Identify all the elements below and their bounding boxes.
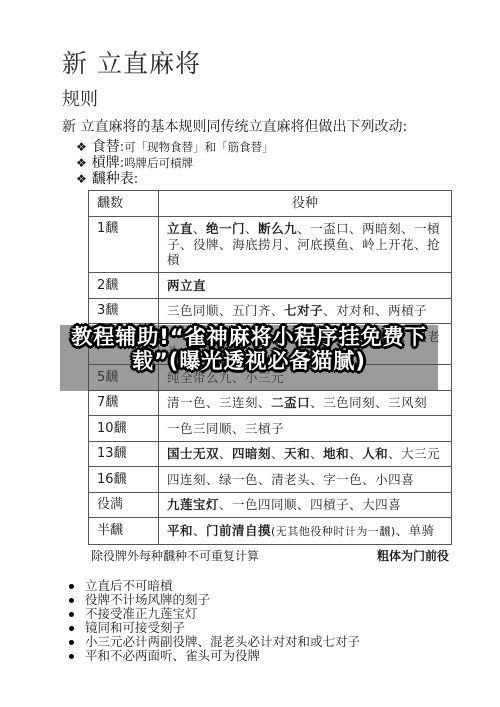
- fan-count-cell: 役满: [89, 492, 159, 518]
- yaku-name: 大四喜: [362, 497, 401, 512]
- page-title: 新 立直麻将: [62, 50, 500, 78]
- bullet-dot-icon: [69, 640, 74, 645]
- yaku-name: 岭上开花: [362, 237, 414, 252]
- changes-list: ❖ 食替 : 可「现物食替」和「筋食替」 ❖ 槓牌 : 鸣牌后可槓牌 ❖ 飜种表…: [76, 140, 500, 187]
- ad-watermark-overlay: 教程辅助!“雀神麻将小程序挂免费下 载”(曝光透视必备猫腻): [60, 325, 438, 391]
- rule-note-text: 镜同和可接受刻子: [85, 620, 185, 635]
- bullet-dot-icon: [69, 626, 74, 631]
- yaku-name: 海底捞月: [232, 237, 284, 252]
- fan-count-header: 飜数: [89, 191, 159, 217]
- yaku-name: 五门齐: [232, 303, 271, 318]
- yaku-name: 平和: [167, 523, 193, 538]
- yaku-name: 三色同刻: [323, 395, 375, 410]
- yaku-name: 国士无双: [167, 446, 219, 461]
- fan-count-cell: 16飜: [89, 467, 159, 493]
- yaku-name: 两槓子: [388, 303, 427, 318]
- yaku-note: (无其他役种时计为一飜): [271, 525, 396, 538]
- yaku-name: 一色三同顺: [167, 421, 232, 436]
- yaku-name: 小四喜: [375, 472, 414, 487]
- fan-table-row: 13飜国士无双、四暗刻、天和、地和、人和、大三元: [89, 441, 452, 467]
- fan-table-row: 役满九莲宝灯、一色四同顺、四槓子、大四喜: [89, 492, 452, 518]
- diamond-bullet-icon: ❖: [76, 140, 87, 155]
- yaku-list-cell: 九莲宝灯、一色四同顺、四槓子、大四喜: [159, 492, 452, 518]
- yaku-list-cell: 平和、门前清自摸(无其他役种时计为一飜)、单骑: [159, 518, 452, 545]
- fan-table-row: 10飜一色三同顺、三槓子: [89, 416, 452, 442]
- yaku-name: 单骑: [409, 523, 435, 538]
- section-heading-rules: 规则: [62, 90, 500, 110]
- fan-count-cell: 1飜: [89, 216, 159, 273]
- change-item-fan-table: ❖ 飜种表 :: [76, 172, 500, 187]
- yaku-name: 地和: [323, 446, 349, 461]
- yaku-name: 立直: [167, 221, 193, 236]
- change-term: 槓牌: [92, 156, 120, 171]
- yaku-list-cell: 两立直: [159, 273, 452, 299]
- fan-count-cell: 3飜: [89, 298, 159, 324]
- bullet-dot-icon: [69, 584, 74, 589]
- yaku-name: 大三元: [401, 446, 440, 461]
- rule-note: 立直后不可暗槓: [68, 579, 500, 593]
- yaku-name: 一色四同顺: [232, 497, 297, 512]
- diamond-bullet-icon: ❖: [76, 172, 87, 187]
- yaku-name: 四暗刻: [232, 446, 271, 461]
- yaku-name: 字一色: [323, 472, 362, 487]
- additional-rules-list: 立直后不可暗槓 役牌不计场风牌的刻子 不接受准正九莲宝灯 镜同和可接受刻子 小三…: [68, 579, 500, 663]
- yaku-list-cell: 立直、绝一门、断么九、一盃口、两暗刻、一槓子、役牌、海底捞月、河底摸鱼、岭上开花…: [159, 216, 452, 273]
- rule-note-text: 立直后不可暗槓: [85, 578, 173, 593]
- rule-note: 役牌不计场风牌的刻子: [68, 593, 500, 607]
- yaku-name: 七对子: [284, 303, 323, 318]
- fan-table-row: 7飜清一色、三连刻、二盃口、三色同刻、三风刻: [89, 390, 452, 416]
- yaku-name: 对对和: [336, 303, 375, 318]
- fan-count-cell: 2飜: [89, 273, 159, 299]
- fan-table-row: 1飜立直、绝一门、断么九、一盃口、两暗刻、一槓子、役牌、海底捞月、河底摸鱼、岭上…: [89, 216, 452, 273]
- fan-count-cell: 10飜: [89, 416, 159, 442]
- yaku-name: 役牌: [193, 237, 219, 252]
- rule-note-text: 平和不必两面听、雀头可为役牌: [85, 648, 260, 663]
- yaku-list-cell: 三色同顺、五门齐、七对子、对对和、两槓子: [159, 298, 452, 324]
- yaku-list-cell: 一色三同顺、三槓子: [159, 416, 452, 442]
- rule-note-text: 小三元必计两副役牌、混老头必计对对和或七对子: [85, 634, 360, 649]
- bullet-dot-icon: [69, 598, 74, 603]
- rule-note: 小三元必计两副役牌、混老头必计对对和或七对子: [68, 635, 500, 649]
- yaku-name: 二盃口: [271, 395, 310, 410]
- fan-table-row: 半飜平和、门前清自摸(无其他役种时计为一飜)、单骑: [89, 518, 452, 545]
- table-footnote: 除役牌外每种飜种不可重复计算 粗体为门前役: [88, 549, 452, 563]
- fan-table-row: 2飜两立直: [89, 273, 452, 299]
- change-item-shiti: ❖ 食替 : 可「现物食替」和「筋食替」: [76, 140, 500, 155]
- footnote-no-duplicate: 除役牌外每种飜种不可重复计算: [91, 549, 259, 563]
- yaku-name: 断么九: [258, 221, 297, 236]
- yaku-name: 人和: [362, 446, 388, 461]
- change-term: 食替: [92, 140, 120, 155]
- yaku-name: 天和: [284, 446, 310, 461]
- ad-text-line2: 载”(曝光透视必备猫腻): [60, 349, 438, 373]
- yaku-name: 三连刻: [219, 395, 258, 410]
- yaku-list-cell: 四连刻、绿一色、清老头、字一色、小四喜: [159, 467, 452, 493]
- fan-table-row: 16飜四连刻、绿一色、清老头、字一色、小四喜: [89, 467, 452, 493]
- yaku-name: 两暗刻: [362, 221, 401, 236]
- intro-paragraph: 新 立直麻将的基本规则同传统立直麻将但做出下列改动:: [62, 119, 500, 136]
- yaku-name: 绝一门: [206, 221, 245, 236]
- footnote-bold-legend: 粗体为门前役: [377, 549, 449, 563]
- rule-note-text: 不接受准正九莲宝灯: [85, 606, 198, 621]
- bullet-dot-icon: [69, 654, 74, 659]
- change-detail: 可「现物食替」和「筋食替」: [124, 140, 274, 155]
- yaku-name: 清一色: [167, 395, 206, 410]
- fan-count-cell: 13飜: [89, 441, 159, 467]
- diamond-bullet-icon: ❖: [76, 156, 87, 171]
- yaku-name: 清老头: [271, 472, 310, 487]
- yaku-name: 三槓子: [245, 421, 284, 436]
- yaku-name: 河底摸鱼: [297, 237, 349, 252]
- yaku-name: 四槓子: [310, 497, 349, 512]
- bullet-dot-icon: [69, 612, 74, 617]
- yaku-name: 门前清自摸: [206, 523, 271, 538]
- yaku-name: 三色同顺: [167, 303, 219, 318]
- change-detail: 鸣牌后可槓牌: [124, 156, 193, 171]
- yaku-list-cell: 清一色、三连刻、二盃口、三色同刻、三风刻: [159, 390, 452, 416]
- rules-page: 新 立直麻将 规则 新 立直麻将的基本规则同传统立直麻将但做出下列改动: ❖ 食…: [0, 0, 500, 707]
- ad-text-line1: 教程辅助!“雀神麻将小程序挂免费下: [60, 325, 438, 349]
- yaku-name: 一盃口: [310, 221, 349, 236]
- yaku-name: 四连刻: [167, 472, 206, 487]
- yaku-name: 九莲宝灯: [167, 497, 219, 512]
- change-term: 飜种表: [92, 172, 134, 187]
- yaku-name: 三风刻: [388, 395, 427, 410]
- rule-note-text: 役牌不计场风牌的刻子: [85, 592, 210, 607]
- change-colon: :: [134, 172, 138, 187]
- yaku-type-header: 役种: [159, 191, 452, 217]
- fan-count-cell: 7飜: [89, 390, 159, 416]
- yaku-name: 绿一色: [219, 472, 258, 487]
- rule-note: 平和不必两面听、雀头可为役牌: [68, 649, 500, 663]
- yaku-name: 两立直: [167, 278, 206, 293]
- rule-note: 镜同和可接受刻子: [68, 621, 500, 635]
- fan-table-header-row: 飜数 役种: [89, 191, 452, 217]
- rule-note: 不接受准正九莲宝灯: [68, 607, 500, 621]
- yaku-list-cell: 国士无双、四暗刻、天和、地和、人和、大三元: [159, 441, 452, 467]
- fan-table-row: 3飜三色同顺、五门齐、七对子、对对和、两槓子: [89, 298, 452, 324]
- change-item-gangpai: ❖ 槓牌 : 鸣牌后可槓牌: [76, 156, 500, 171]
- fan-count-cell: 半飜: [89, 518, 159, 545]
